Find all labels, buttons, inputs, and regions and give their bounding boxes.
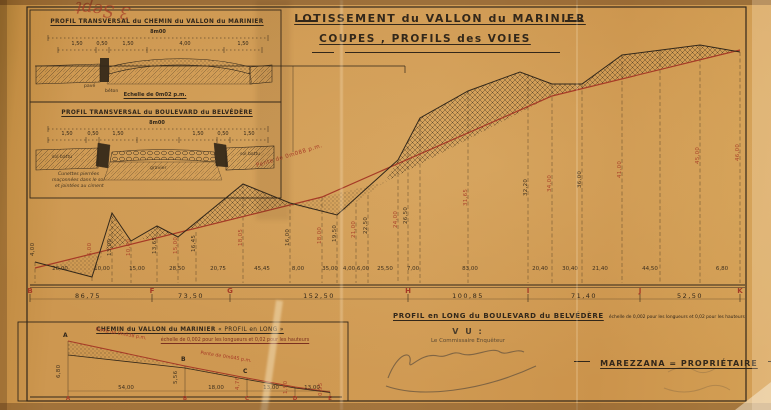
minor-distance: 8,00 xyxy=(292,266,304,272)
chemin-station-top: A xyxy=(63,333,68,340)
elevation-label: 6,00 xyxy=(87,243,93,256)
material-label-beton: béton xyxy=(105,89,118,94)
span-distance: 71,40 xyxy=(571,293,597,300)
main-profile-caption-text: PROFIL en LONG du BOULEVARD du BELVÉDÈRE xyxy=(393,312,604,320)
elevation-label: 45,00 xyxy=(695,147,701,164)
title-dash-right xyxy=(565,20,583,22)
chemin-grade-line xyxy=(68,341,330,392)
chemin-distance: 54,00 xyxy=(118,385,134,391)
station-letter: G xyxy=(227,288,233,296)
linework-layer xyxy=(0,0,771,410)
minor-distance: 25,50 xyxy=(377,266,393,272)
station-letter: B xyxy=(27,288,32,296)
chemin-station-base: B xyxy=(183,396,187,402)
owner-dash-left xyxy=(574,361,590,363)
minor-distance: 20,40 xyxy=(532,266,548,272)
title-underline-short xyxy=(312,52,334,53)
label-gravier: gravier xyxy=(150,166,166,171)
material-label-pave: pavé xyxy=(84,84,95,89)
drawing-sheet: 3 Sept LOTISSEMENT du VALLON du MARINIER… xyxy=(0,0,771,410)
dim-label: 0,50 xyxy=(217,132,228,138)
chemin-overall-width: 8m00 xyxy=(150,30,166,36)
minor-distance: 28,50 xyxy=(169,266,185,272)
dim-label: 1,50 xyxy=(192,132,203,138)
minor-distance: 44,50 xyxy=(642,266,658,272)
elevation-label: 16,45 xyxy=(191,235,197,252)
boulevard-section-title: PROFIL TRANSVERSAL du BOULEVARD du BELVÉ… xyxy=(61,110,252,116)
station-letter: K xyxy=(737,288,742,296)
label-sol-battu-left: sol battu xyxy=(52,155,72,160)
vu-label: V U : xyxy=(452,328,483,337)
dim-label: 1,50 xyxy=(71,42,82,48)
span-distance: 152,50 xyxy=(303,293,335,300)
dim-label: 4,00 xyxy=(179,42,190,48)
station-letter: I xyxy=(527,288,530,296)
station-letter: J xyxy=(639,288,642,296)
cunettes-note-1: Cunettes pierrées xyxy=(58,172,99,177)
commissaire-label: Le Commissaire Enquêteur xyxy=(431,338,505,344)
chemin-distance: 13,00 xyxy=(304,385,320,391)
chemin-terrain-line xyxy=(68,355,330,393)
pencil-scribble xyxy=(664,367,730,392)
minor-distance: 4,00 xyxy=(343,266,355,272)
minor-distance: 83,00 xyxy=(462,266,478,272)
elevation-label: 26,50 xyxy=(403,207,409,224)
minor-distance: 15,00 xyxy=(129,266,145,272)
elevation-label: 19,50 xyxy=(332,225,338,242)
owner-line: MAREZZANA = PROPRIÉTAIRE xyxy=(574,352,771,370)
minor-distance: 26,00 xyxy=(52,266,68,272)
chemin-section-title: PROFIL TRANSVERSAL du CHEMIN du VALLON d… xyxy=(50,19,263,25)
boulevard-overall-width: 8m00 xyxy=(149,121,165,127)
elevation-label: 22,50 xyxy=(363,217,369,234)
span-distance: 100,85 xyxy=(452,293,484,300)
chemin-station-top: C xyxy=(243,369,247,376)
chemin-profile-subtitle: « PROFIL en LONG » xyxy=(218,327,284,333)
chemin-elevation: 4,76 xyxy=(235,377,241,390)
elevation-label: 32,20 xyxy=(523,179,529,196)
elevation-label: 46,00 xyxy=(735,144,741,161)
chemin-long-profile xyxy=(30,341,342,397)
elevation-label: 13,65 xyxy=(152,237,158,254)
elevation-label: 34,00 xyxy=(547,175,553,192)
minor-distance: 20,75 xyxy=(210,266,226,272)
cunettes-note-2: maçonnées dans le sol xyxy=(52,178,105,183)
owner-text: MAREZZANA = PROPRIÉTAIRE xyxy=(600,359,758,368)
elevation-label: 10,00 xyxy=(126,239,132,256)
chemin-station-top: B xyxy=(181,357,186,364)
elevation-label: 16,00 xyxy=(285,229,291,246)
dim-label: 0,50 xyxy=(96,42,107,48)
title-underline-long xyxy=(345,52,560,53)
station-letter: H xyxy=(405,288,411,296)
chemin-station-base: A xyxy=(66,396,70,402)
span-distance: 86,75 xyxy=(75,293,101,300)
minor-distance: 7,00 xyxy=(407,266,419,272)
elevation-label: 4,00 xyxy=(30,243,36,256)
chemin-station-base: D xyxy=(293,396,298,402)
minor-distance: 10,00 xyxy=(94,266,110,272)
chemin-section-scale: Echelle de 0m02 p.m. xyxy=(124,93,187,99)
cunettes-note-3: et jointées au ciment xyxy=(55,184,104,189)
minor-distance: 21,40 xyxy=(592,266,608,272)
minor-distance: 35,00 xyxy=(322,266,338,272)
label-sol-battu-right: sol battu xyxy=(240,152,260,157)
minor-distance: 30,40 xyxy=(562,266,578,272)
elevation-label: 18,05 xyxy=(238,229,244,246)
dim-label: 1,50 xyxy=(122,42,133,48)
dim-label: 0,50 xyxy=(87,132,98,138)
chemin-elevation: 5,56 xyxy=(173,371,179,384)
elevation-label: 41,00 xyxy=(617,161,623,178)
chemin-distance: 13,00 xyxy=(263,385,279,391)
minor-distance: 45,45 xyxy=(254,266,270,272)
station-letter: F xyxy=(150,288,155,296)
chemin-profile-scale: échelle de 0,002 pour les longueurs et 0… xyxy=(161,338,309,343)
sheet-title-line1: LOTISSEMENT du VALLON du MARINIER xyxy=(294,13,586,25)
minor-distance: 6,00 xyxy=(357,266,369,272)
main-profile-caption: PROFIL en LONG du BOULEVARD du BELVÉDÈRE… xyxy=(393,304,745,322)
chemin-station-base: E xyxy=(328,396,332,402)
span-distance: 73,50 xyxy=(178,293,204,300)
chemin-elevation: 1,90 xyxy=(283,381,289,394)
chemin-elevation: 6,80 xyxy=(56,365,62,378)
main-profile-caption-scale: échelle de 0,002 pour les longueurs et 0… xyxy=(609,315,745,320)
chemin-distance: 18,00 xyxy=(208,385,224,391)
elevation-label: 15,00 xyxy=(173,237,179,254)
sheet-title-line2: COUPES , PROFILS des VOIES xyxy=(319,34,531,46)
dim-label: 1,50 xyxy=(243,132,254,138)
title-dash-left xyxy=(298,20,316,22)
chemin-station-base: C xyxy=(245,396,249,402)
dim-label: 1,50 xyxy=(237,42,248,48)
elevation-label: 13,00 xyxy=(107,239,113,256)
dim-label: 1,50 xyxy=(61,132,72,138)
elevation-label: 31,65 xyxy=(463,189,469,206)
elevation-label: 18,00 xyxy=(317,227,323,244)
dim-label: 1,50 xyxy=(112,132,123,138)
span-distance: 52,50 xyxy=(677,293,703,300)
elevation-label: 21,00 xyxy=(351,221,357,238)
minor-distance: 6,80 xyxy=(716,266,728,272)
elevation-label: 24,00 xyxy=(393,211,399,228)
elevation-label: 36,00 xyxy=(577,171,583,188)
